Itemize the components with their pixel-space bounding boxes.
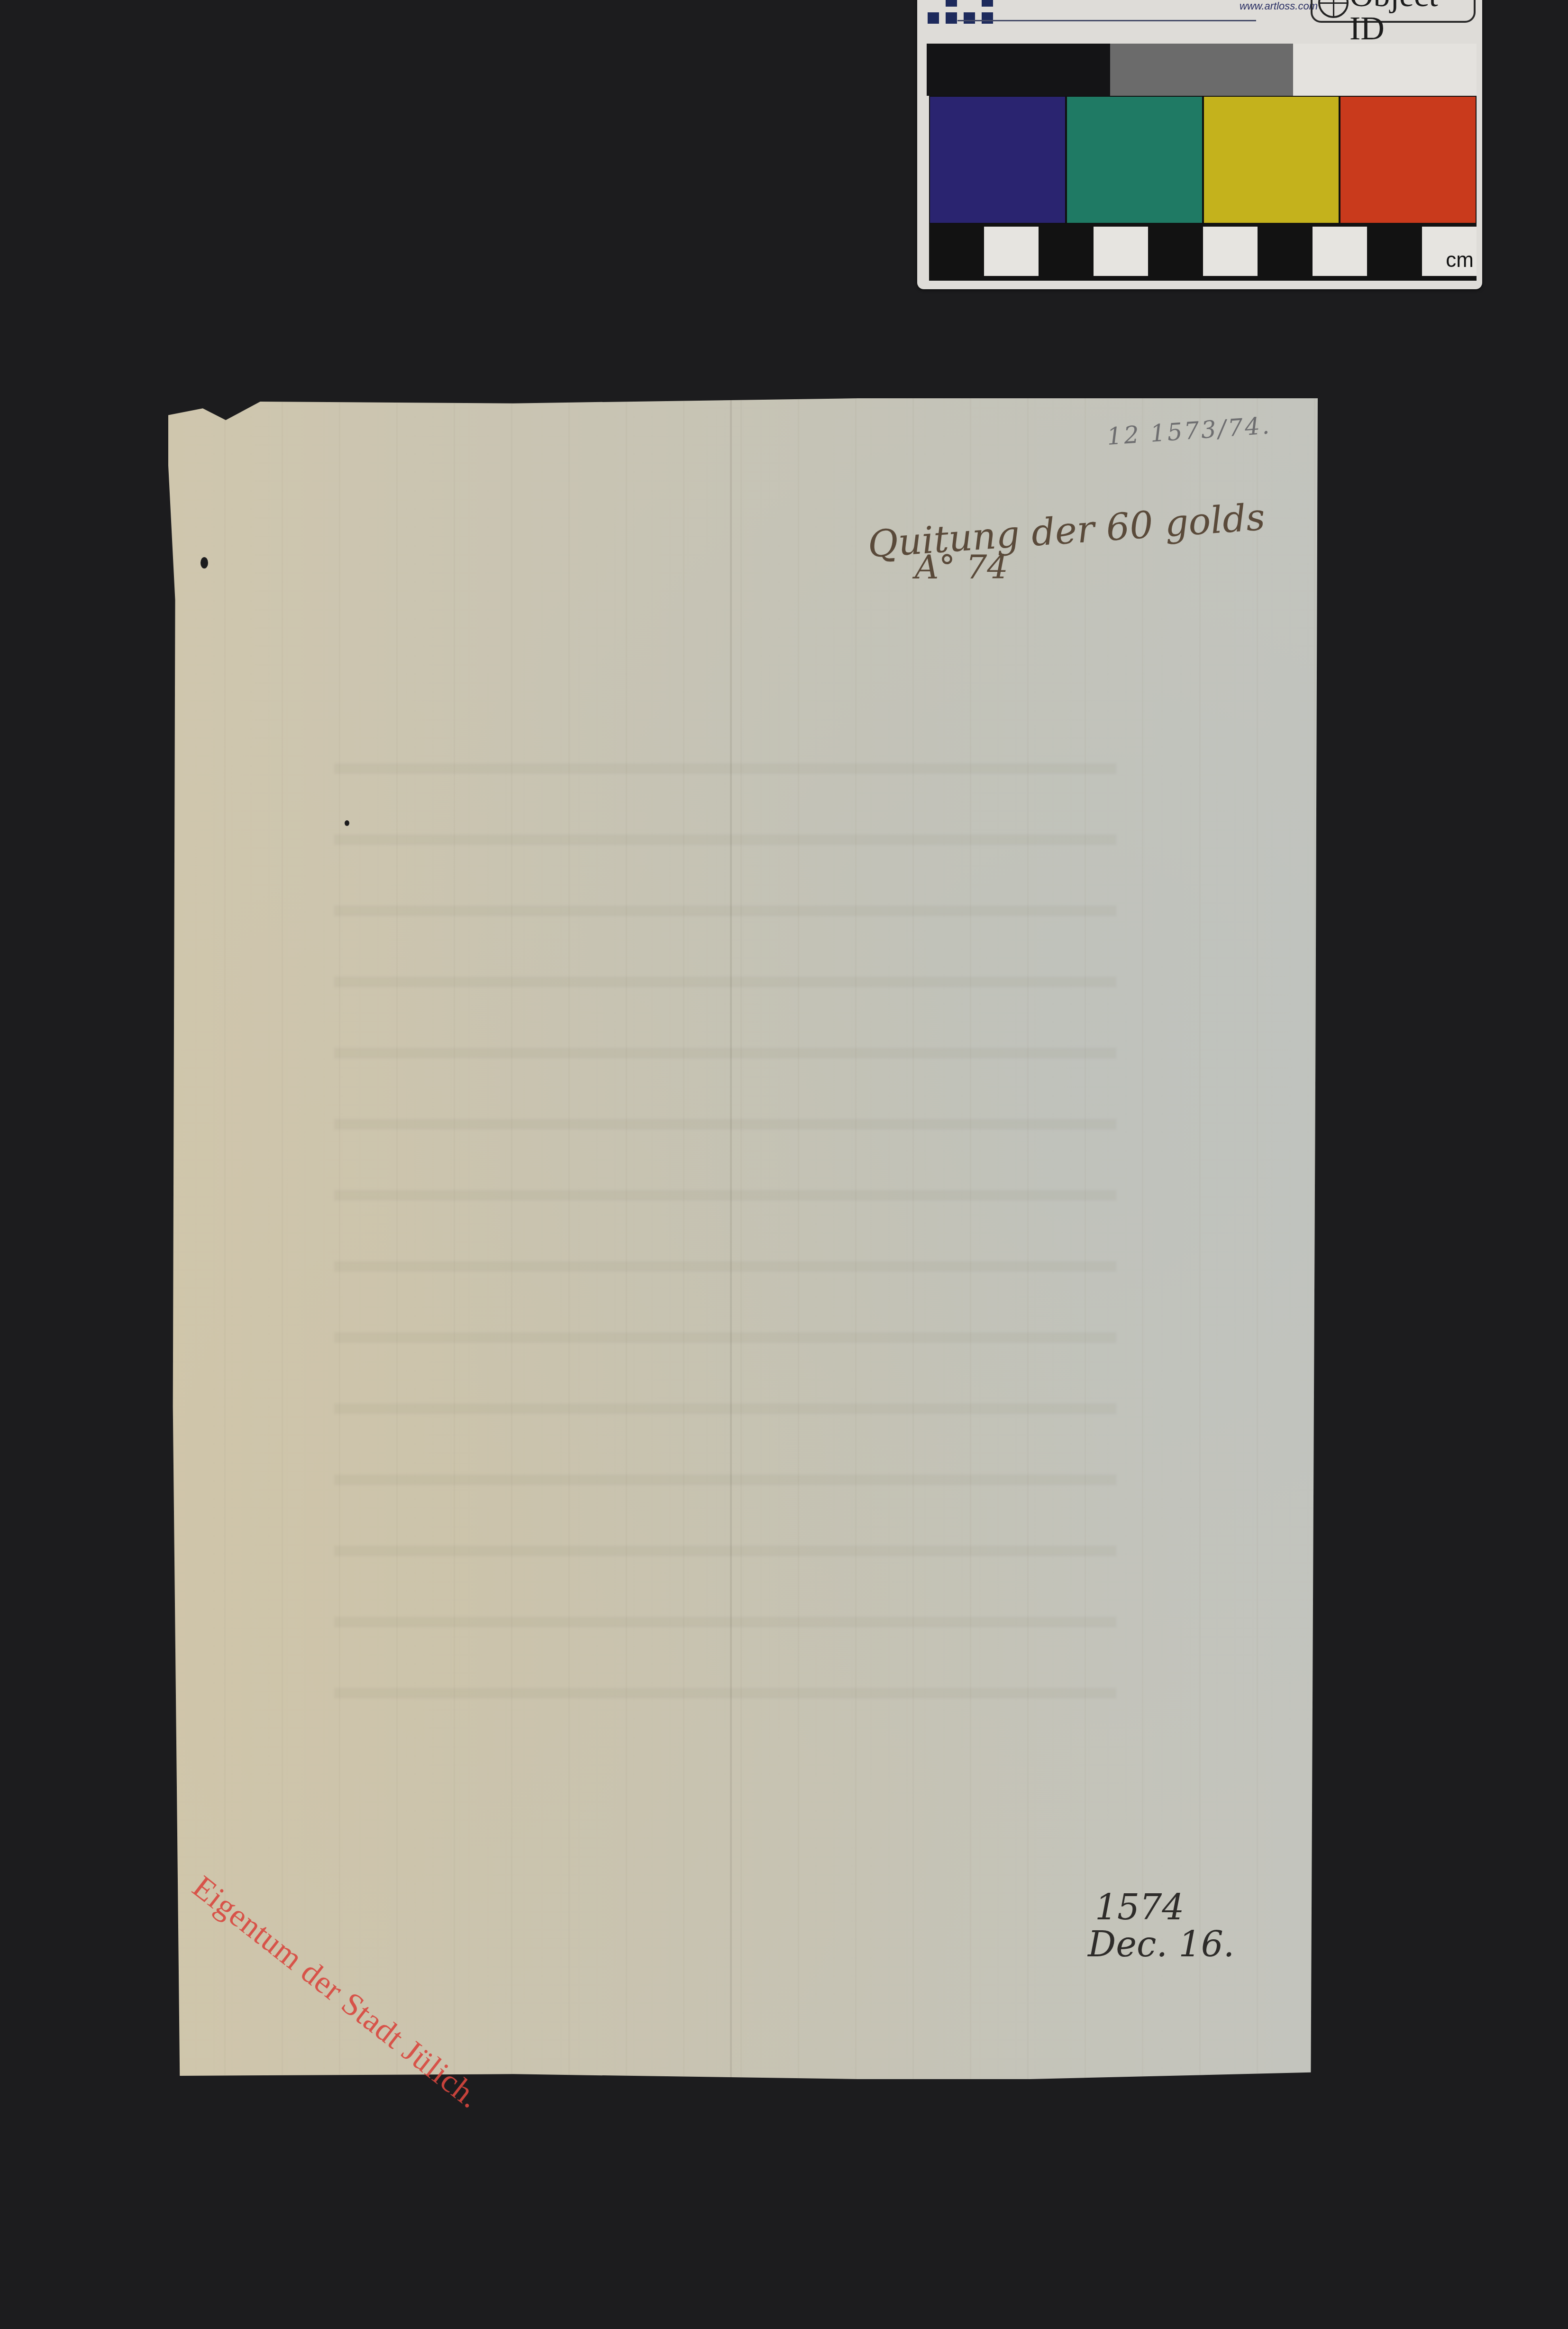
color-patch-blue [930,97,1065,223]
scale-unit-label: cm [1446,248,1474,272]
gray-patch-mid [1110,44,1294,96]
archive-date-note: 1574 Dec. 16. [1095,1889,1234,1963]
badge-label: Object ID [1349,0,1474,46]
card-url: www.artloss.com [1240,0,1318,12]
document-sheet [168,398,1318,2079]
show-through-text [334,730,1116,1726]
worm-hole [201,557,208,568]
gray-patch-row [927,44,1477,96]
color-patch-red [1340,97,1476,223]
card-rule [957,20,1256,21]
archive-date-day: Dec. 16. [1088,1926,1234,1963]
color-patch-green [1067,97,1202,223]
globe-icon [1318,0,1349,18]
color-patch-yellow [1204,97,1339,223]
gray-patch-black [927,44,1110,96]
color-patch-row [929,96,1477,224]
cm-scale-bar: cm [929,224,1477,281]
archive-date-year: 1574 [1095,1889,1234,1926]
color-calibration-card: www.artloss.com Object ID cm [917,0,1482,289]
ink-spot [345,820,349,826]
gray-patch-white [1293,44,1477,96]
object-id-badge: Object ID [1311,0,1476,23]
ink-endorsement: Quitung der 60 golds A° 74 [867,510,1266,587]
